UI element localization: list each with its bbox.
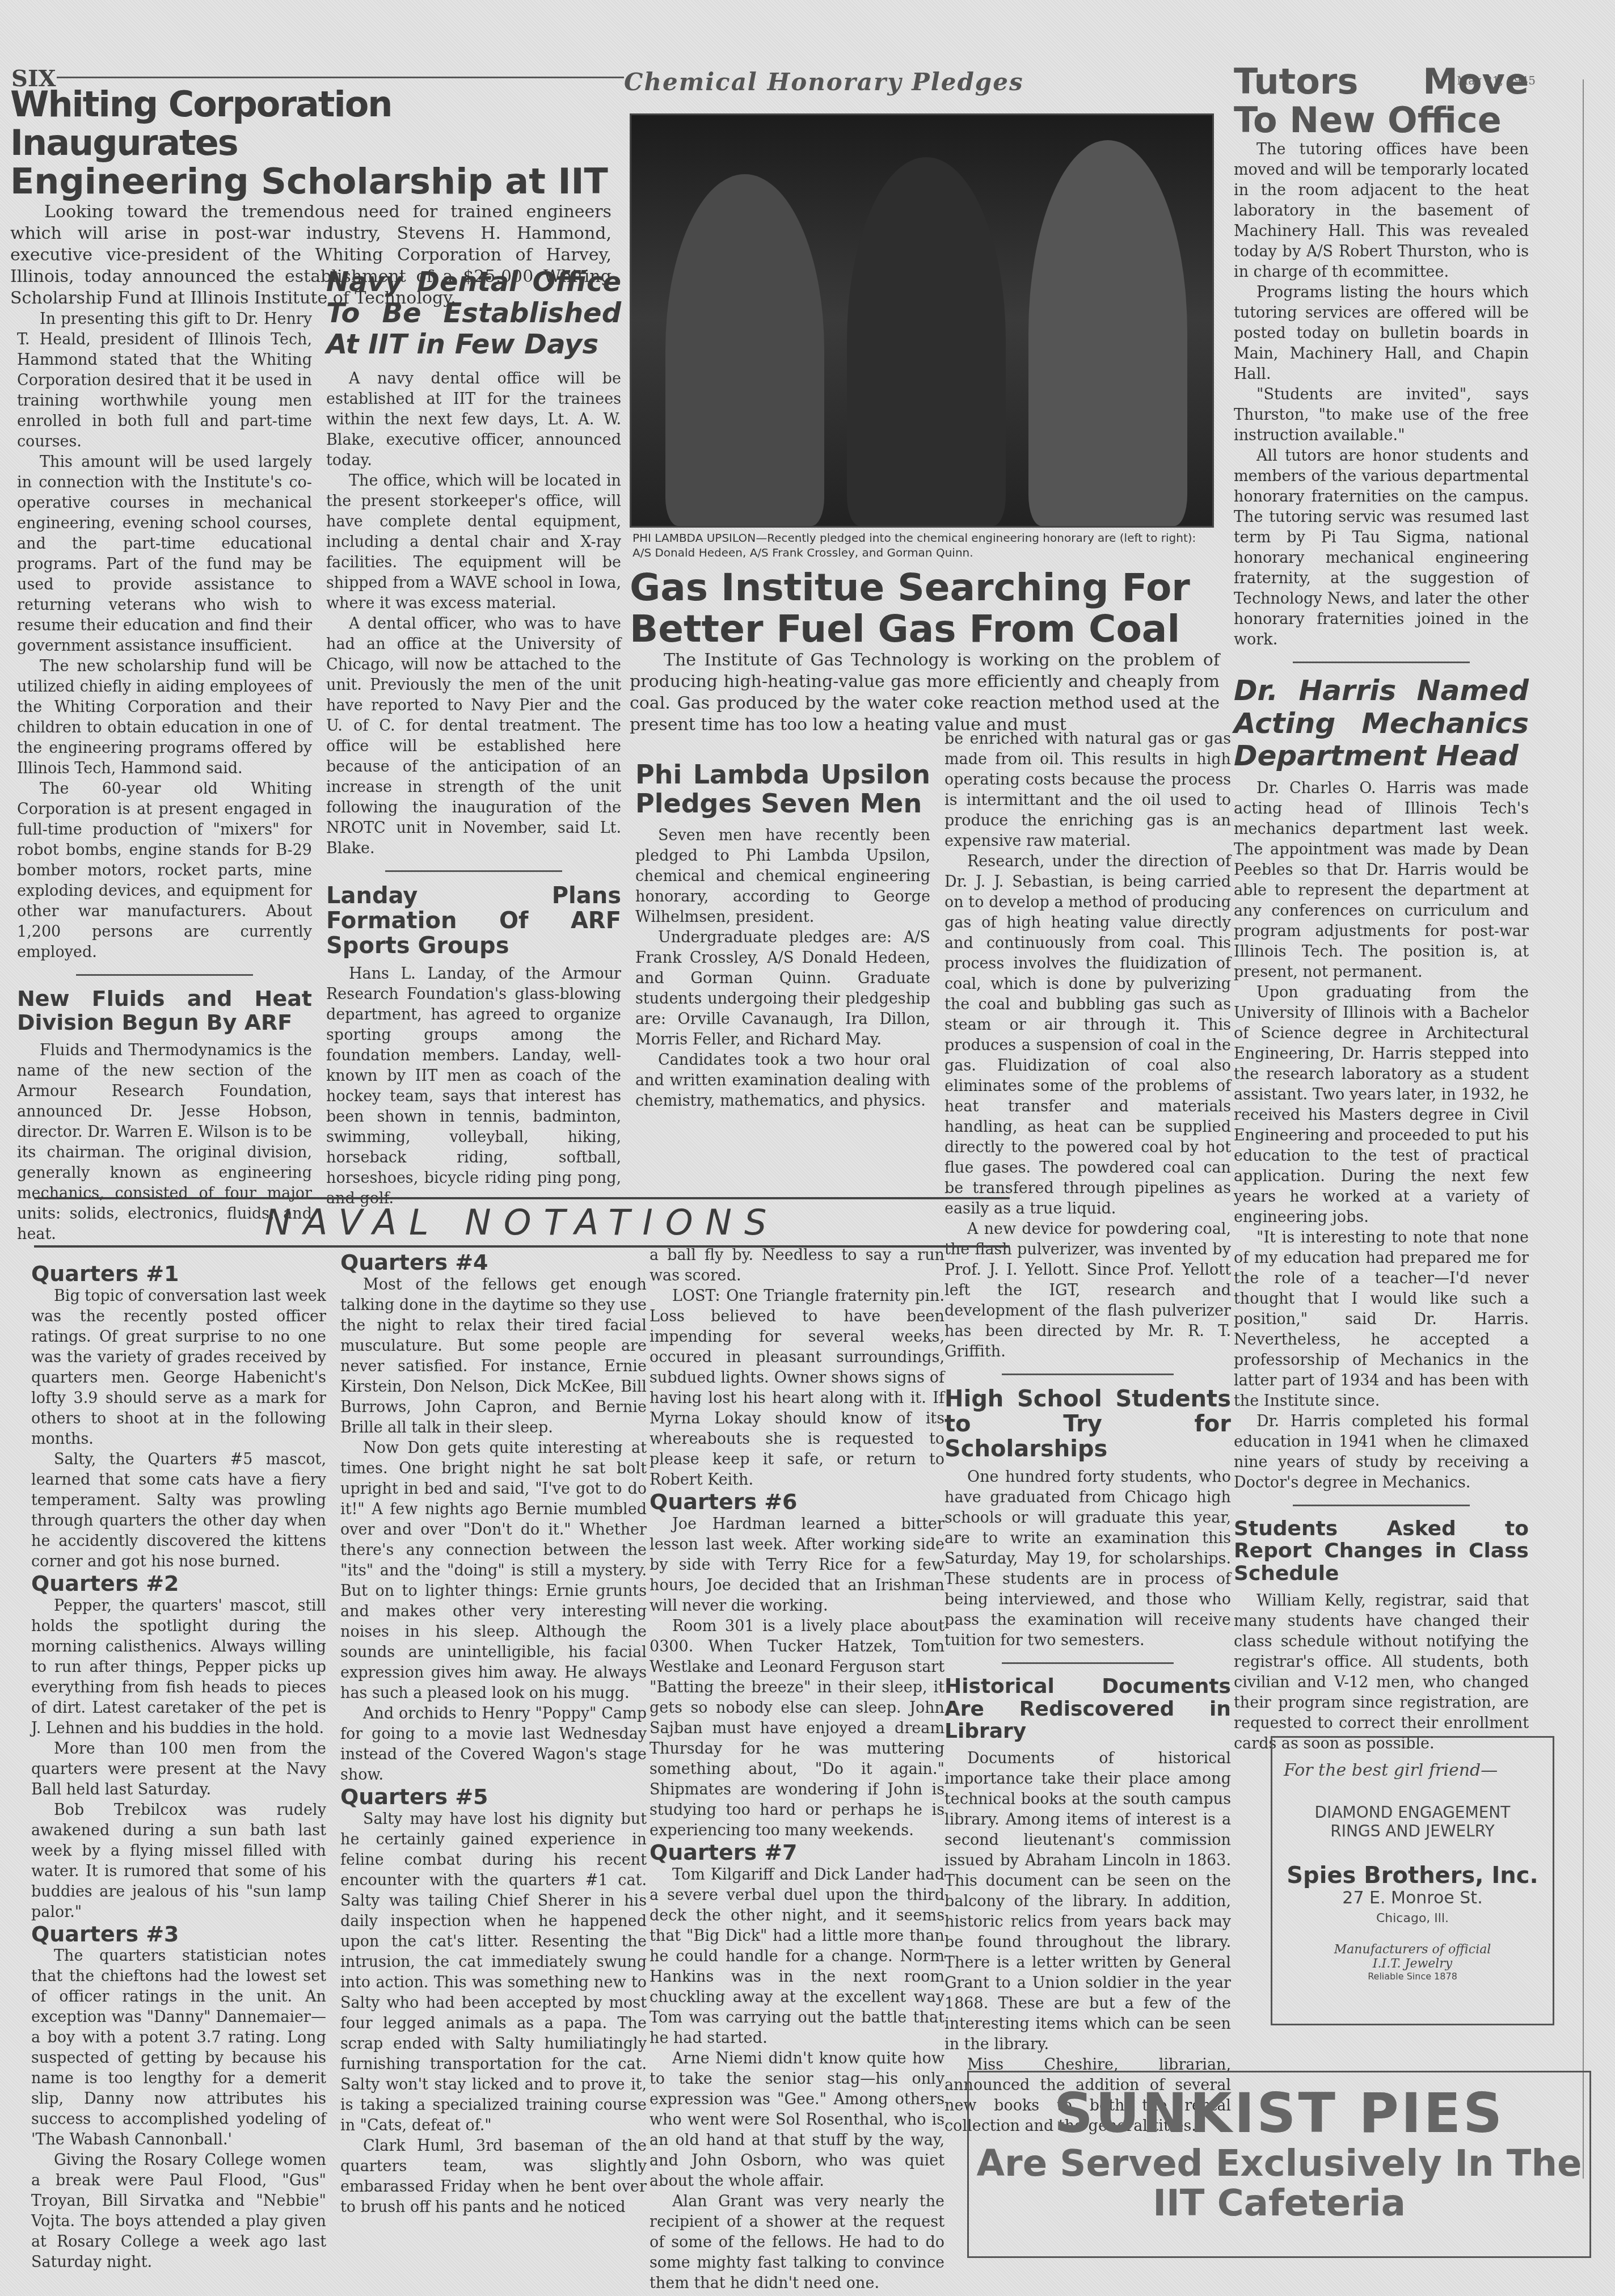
paragraph: Undergraduate pledges are: A/S Frank Cro…: [635, 928, 930, 1050]
paragraph: be enriched with natural gas or gas made…: [944, 729, 1231, 852]
naval-col-2: Quarters #4 Most of the fellows get enou…: [340, 1251, 647, 2218]
paragraph: Hans L. Landay, of the Armour Research F…: [326, 964, 621, 1209]
ad-note: Reliable Since 1878: [1272, 1971, 1553, 1982]
phi-lambda-article: Phi Lambda Upsilon Pledges Seven Men Sev…: [635, 760, 930, 1111]
paragraph: Bob Trebilcox was rudely awakened during…: [31, 1800, 326, 1923]
section-heading: Quarters #1: [31, 1262, 326, 1286]
divider: [1293, 1505, 1470, 1506]
ad-line: RINGS AND JEWELRY: [1272, 1822, 1553, 1840]
paragraph: "Students are invited", says Thurston, "…: [1234, 385, 1529, 446]
ad-line: Are Served Exclusively In The: [969, 2144, 1589, 2184]
ad-city: Chicago, Ill.: [1272, 1911, 1553, 1926]
phi-lambda-headline: Phi Lambda Upsilon Pledges Seven Men: [635, 760, 930, 818]
section-heading: Quarters #2: [31, 1572, 326, 1596]
paragraph: Programs listing the hours which tutorin…: [1234, 283, 1529, 385]
section-heading: Quarters #5: [340, 1785, 647, 1809]
paragraph: Candidates took a two hour oral and writ…: [635, 1050, 930, 1111]
paragraph: Pepper, the quarters' mascot, still hold…: [31, 1596, 326, 1739]
photo-caption: PHI LAMBDA UPSILON—Recently pledged into…: [632, 530, 1217, 560]
person-left: [665, 174, 824, 526]
paragraph: This amount will be used largely in conn…: [17, 452, 312, 656]
section-heading: Quarters #4: [340, 1251, 647, 1275]
paragraph: William Kelly, registrar, said that many…: [1234, 1591, 1529, 1754]
navy-dental-article: Navy Dental Office To Be Established At …: [326, 267, 621, 1209]
paragraph: More than 100 men from the quarters were…: [31, 1739, 326, 1800]
ad-note: I.I.T. Jewelry: [1272, 1957, 1553, 1971]
sunkist-ad: SUNKIST PIES Are Served Exclusively In T…: [967, 2071, 1591, 2258]
divider: [76, 974, 253, 976]
person-right: [1028, 140, 1187, 526]
paragraph: Dr. Charles O. Harris was made acting he…: [1234, 778, 1529, 983]
naval-notations-banner: NAVAL NOTATIONS: [34, 1197, 1010, 1248]
paragraph: Giving the Rosary College women a break …: [31, 2150, 326, 2273]
ad-line: IIT Cafeteria: [969, 2184, 1589, 2223]
whiting-headline-1: Whiting Corporation Inaugurates: [10, 85, 612, 162]
paragraph: Clark Huml, 3rd baseman of the quarters …: [340, 2136, 647, 2218]
ad-note: Manufacturers of official: [1272, 1943, 1553, 1957]
whiting-headline-2: Engineering Scholarship at IIT: [10, 162, 612, 201]
paragraph: LOST: One Triangle fraternity pin. Loss …: [650, 1286, 944, 1490]
paragraph: Research, under the direction of Dr. J. …: [944, 852, 1231, 1219]
divider: [1002, 1662, 1174, 1664]
tutors-headline: Tutors Move To New Office: [1234, 62, 1529, 140]
divider: [385, 870, 562, 872]
paragraph: a ball fly by. Needless to say a run was…: [650, 1245, 944, 1286]
historical-headline: Historical Documents Are Rediscovered in…: [944, 1675, 1231, 1743]
paragraph: Upon graduating from the University of I…: [1234, 983, 1529, 1228]
ad-line: DIAMOND ENGAGEMENT: [1272, 1803, 1553, 1822]
paragraph: All tutors are honor students and member…: [1234, 446, 1529, 650]
paragraph: A dental officer, who was to have had an…: [326, 614, 621, 859]
paragraph: Salty may have lost his dignity but he c…: [340, 1809, 647, 2136]
paragraph: Room 301 is a lively place about 0300. W…: [650, 1616, 944, 1841]
naval-col-3: a ball fly by. Needless to say a run was…: [650, 1245, 944, 2294]
ad-company: Spies Brothers, Inc.: [1272, 1863, 1553, 1888]
paragraph: One hundred forty students, who have gra…: [944, 1467, 1231, 1651]
paragraph: And orchids to Henry "Poppy" Camp for go…: [340, 1704, 647, 1785]
paragraph: The quarters statistician notes that the…: [31, 1946, 326, 2150]
paragraph: Seven men have recently been pledged to …: [635, 825, 930, 928]
paragraph: Big topic of conversation last week was …: [31, 1286, 326, 1450]
person-center: [847, 157, 1006, 526]
gas-body: be enriched with natural gas or gas made…: [944, 729, 1231, 2137]
column-rule: [1583, 79, 1584, 2179]
paragraph: Arne Niemi didn't know quite how to take…: [650, 2049, 944, 2192]
paragraph: Most of the fellows get enough talking d…: [340, 1275, 647, 1438]
pledges-photo: [630, 113, 1214, 528]
section-heading: Quarters #7: [650, 1841, 944, 1865]
paragraph: Documents of historical importance take …: [944, 1749, 1231, 2055]
paragraph: A navy dental office will be established…: [326, 369, 621, 471]
naval-col-1: Quarters #1 Big topic of conversation la…: [31, 1262, 326, 2273]
high-school-headline: High School Students to Try for Scholars…: [944, 1387, 1231, 1461]
fluids-headline: New Fluids and Heat Division Begun By AR…: [17, 987, 312, 1035]
ad-tagline: For the best girl friend—: [1272, 1760, 1553, 1780]
harris-headline: Dr. Harris Named Acting Mechanics Depart…: [1234, 675, 1529, 773]
gas-article: Gas Institue Searching For Better Fuel G…: [630, 567, 1220, 736]
gas-headline-2: Better Fuel Gas From Coal: [630, 609, 1220, 650]
top-rule: [57, 77, 624, 78]
schedule-headline: Students Asked to Report Changes in Clas…: [1234, 1518, 1529, 1585]
paragraph: The new scholarship fund will be utilize…: [17, 656, 312, 779]
paragraph: In presenting this gift to Dr. Henry T. …: [17, 309, 312, 452]
divider: [1293, 662, 1470, 663]
divider: [1002, 1374, 1174, 1375]
navy-dental-headline: Navy Dental Office To Be Established At …: [326, 267, 621, 361]
paragraph: Joe Hardman learned a bitter lesson last…: [650, 1514, 944, 1616]
gas-lead: The Institute of Gas Technology is worki…: [630, 650, 1220, 736]
paragraph: The tutoring offices have been moved and…: [1234, 140, 1529, 283]
landay-headline: Landay Plans Formation Of ARF Sports Gro…: [326, 883, 621, 958]
whiting-body: In presenting this gift to Dr. Henry T. …: [17, 309, 312, 1245]
spies-brothers-ad: For the best girl friend— DIAMOND ENGAGE…: [1271, 1736, 1554, 2025]
gas-headline-1: Gas Institue Searching For: [630, 567, 1220, 609]
paragraph: The office, which will be located in the…: [326, 471, 621, 614]
photo-title: Chemical Honorary Pledges: [624, 68, 1024, 96]
paragraph: "It is interesting to note that none of …: [1234, 1228, 1529, 1412]
section-heading: Quarters #6: [650, 1490, 944, 1514]
right-column: Tutors Move To New Office The tutoring o…: [1234, 62, 1529, 1754]
ad-headline: SUNKIST PIES: [969, 2084, 1589, 2144]
paragraph: Now Don gets quite interesting at times.…: [340, 1438, 647, 1704]
paragraph: Dr. Harris completed his formal educatio…: [1234, 1412, 1529, 1493]
paragraph: Salty, the Quarters #5 mascot, learned t…: [31, 1450, 326, 1572]
section-heading: Quarters #3: [31, 1923, 326, 1947]
ad-address: 27 E. Monroe St.: [1272, 1888, 1553, 1908]
paragraph: Tom Kilgariff and Dick Lander had a seve…: [650, 1865, 944, 2049]
newspaper-page: SIX May 21, 1945 Whiting Corporation Ina…: [0, 0, 1615, 2296]
paragraph: Alan Grant was very nearly the recipient…: [650, 2192, 944, 2294]
paragraph: The 60-year old Whiting Corporation is a…: [17, 779, 312, 963]
